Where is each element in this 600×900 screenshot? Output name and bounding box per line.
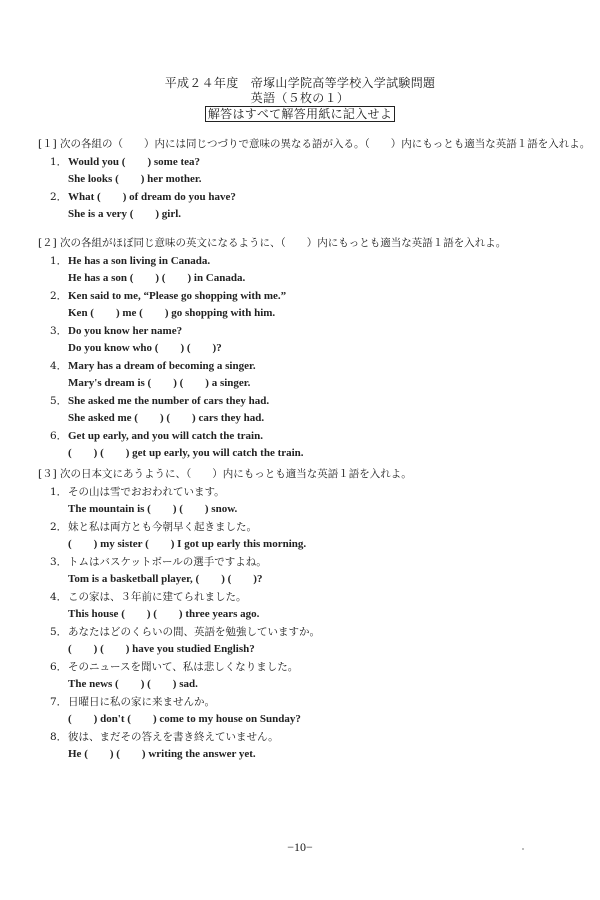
question-item: 3．Do you know her name? Do you know who … xyxy=(50,323,588,356)
question-line: He ( ) ( ) writing the answer yet. xyxy=(68,748,256,760)
question-line: She asked me ( ) ( ) cars they had. xyxy=(68,412,264,424)
question-item: 2．Ken said to me, “Please go shopping wi… xyxy=(50,288,588,321)
section-1-instructions: [１] 次の各組の（ ）内には同じつづりで意味の異なる語が入る。（ ）内にもっと… xyxy=(38,137,588,151)
question-item: 5．あなたはどのくらいの間、英語を勉強していますか。 ( ) ( ) have … xyxy=(50,624,588,657)
question-line: Get up early, and you will catch the tra… xyxy=(68,430,263,442)
question-line: ( ) don't ( ) come to my house on Sunday… xyxy=(68,713,301,725)
question-line: ( ) my sister ( ) I got up early this mo… xyxy=(68,538,306,550)
question-item: 7．日曜日に私の家に来ませんか。 ( ) don't ( ) come to m… xyxy=(50,694,588,727)
question-number: 8． xyxy=(50,729,68,746)
section-1: [１] 次の各組の（ ）内には同じつづりで意味の異なる語が入る。（ ）内にもっと… xyxy=(38,137,588,224)
question-line: She asked me the number of cars they had… xyxy=(68,395,269,407)
section-3-instructions: [３] 次の日本文にあうように、（ ）内にもっとも適当な英語１語を入れよ。 xyxy=(38,467,588,481)
question-line: This house ( ) ( ) three years ago. xyxy=(68,608,259,620)
question-line: ( ) ( ) have you studied English? xyxy=(68,643,255,655)
question-number: 2． xyxy=(50,519,68,536)
question-item: 4．この家は、３年前に建てられました。 This house ( ) ( ) t… xyxy=(50,589,588,622)
exam-subtitle: 英語（５枚の１） xyxy=(0,91,600,106)
question-number: 4． xyxy=(50,589,68,606)
question-number: 5． xyxy=(50,624,68,641)
question-japanese: その山は雪でおおわれています。 xyxy=(68,486,225,498)
question-line: Mary has a dream of becoming a singer. xyxy=(68,360,256,372)
question-japanese: あなたはどのくらいの間、英語を勉強していますか。 xyxy=(68,626,320,638)
question-item: 6．Get up early, and you will catch the t… xyxy=(50,428,588,461)
page-number: −10− xyxy=(0,840,600,855)
question-japanese: 妹と私は両方とも今朝早く起きました。 xyxy=(68,521,257,533)
question-item: 6．そのニュースを聞いて、私は悲しくなりました。 The news ( ) ( … xyxy=(50,659,588,692)
question-item: 5．She asked me the number of cars they h… xyxy=(50,393,588,426)
section-3: [３] 次の日本文にあうように、（ ）内にもっとも適当な英語１語を入れよ。 1．… xyxy=(38,467,588,764)
question-number: 6． xyxy=(50,428,68,445)
question-number: 5． xyxy=(50,393,68,410)
question-item: 8．彼は、まだその答えを書き終えていません。 He ( ) ( ) writin… xyxy=(50,729,588,762)
exam-header: 平成２４年度 帝塚山学院高等学校入学試験問題 英語（５枚の１） 解答はすべて解答… xyxy=(0,76,600,122)
answer-notice: 解答はすべて解答用紙に記入せよ xyxy=(205,106,395,122)
question-line: Ken said to me, “Please go shopping with… xyxy=(68,290,286,302)
scan-speck xyxy=(522,848,524,850)
section-2: [２] 次の各組がほぼ同じ意味の英文になるように、（ ）内にもっとも適当な英語１… xyxy=(38,236,588,463)
question-line: Would you ( ) some tea? xyxy=(68,156,200,168)
question-line: Tom is a basketball player, ( ) ( )? xyxy=(68,573,262,585)
question-line: The mountain is ( ) ( ) snow. xyxy=(68,503,237,515)
exam-title: 平成２４年度 帝塚山学院高等学校入学試験問題 xyxy=(0,76,600,91)
question-line: Ken ( ) me ( ) go shopping with him. xyxy=(68,307,275,319)
question-number: 2． xyxy=(50,189,68,206)
question-number: 6． xyxy=(50,659,68,676)
question-japanese: そのニュースを聞いて、私は悲しくなりました。 xyxy=(68,661,298,673)
question-line: He has a son living in Canada. xyxy=(68,255,210,267)
question-number: 4． xyxy=(50,358,68,375)
question-line: Do you know her name? xyxy=(68,325,182,337)
question-item: 1．その山は雪でおおわれています。 The mountain is ( ) ( … xyxy=(50,484,588,517)
question-number: 1． xyxy=(50,484,68,501)
question-item: 4．Mary has a dream of becoming a singer.… xyxy=(50,358,588,391)
question-line: What ( ) of dream do you have? xyxy=(68,191,236,203)
question-number: 7． xyxy=(50,694,68,711)
question-number: 1． xyxy=(50,253,68,270)
question-japanese: 日曜日に私の家に来ませんか。 xyxy=(68,696,215,708)
question-line: Do you know who ( ) ( )? xyxy=(68,342,222,354)
question-line: She looks ( ) her mother. xyxy=(68,173,202,185)
question-japanese: トムはバスケットボールの選手ですよね。 xyxy=(68,556,267,568)
question-item: 2．妹と私は両方とも今朝早く起きました。 ( ) my sister ( ) I… xyxy=(50,519,588,552)
question-item: 3．トムはバスケットボールの選手ですよね。 Tom is a basketbal… xyxy=(50,554,588,587)
question-number: 2． xyxy=(50,288,68,305)
question-japanese: 彼は、まだその答えを書き終えていません。 xyxy=(68,731,279,743)
question-item: 2．What ( ) of dream do you have? She is … xyxy=(50,189,588,222)
question-item: 1．Would you ( ) some tea? She looks ( ) … xyxy=(50,154,588,187)
question-line: He has a son ( ) ( ) in Canada. xyxy=(68,272,245,284)
question-number: 3． xyxy=(50,554,68,571)
question-line: ( ) ( ) get up early, you will catch the… xyxy=(68,447,304,459)
section-2-instructions: [２] 次の各組がほぼ同じ意味の英文になるように、（ ）内にもっとも適当な英語１… xyxy=(38,236,588,250)
question-japanese: この家は、３年前に建てられました。 xyxy=(68,591,247,603)
question-line: The news ( ) ( ) sad. xyxy=(68,678,198,690)
question-item: 1．He has a son living in Canada. He has … xyxy=(50,253,588,286)
question-number: 1． xyxy=(50,154,68,171)
question-number: 3． xyxy=(50,323,68,340)
question-line: Mary's dream is ( ) ( ) a singer. xyxy=(68,377,250,389)
question-line: She is a very ( ) girl. xyxy=(68,208,181,220)
